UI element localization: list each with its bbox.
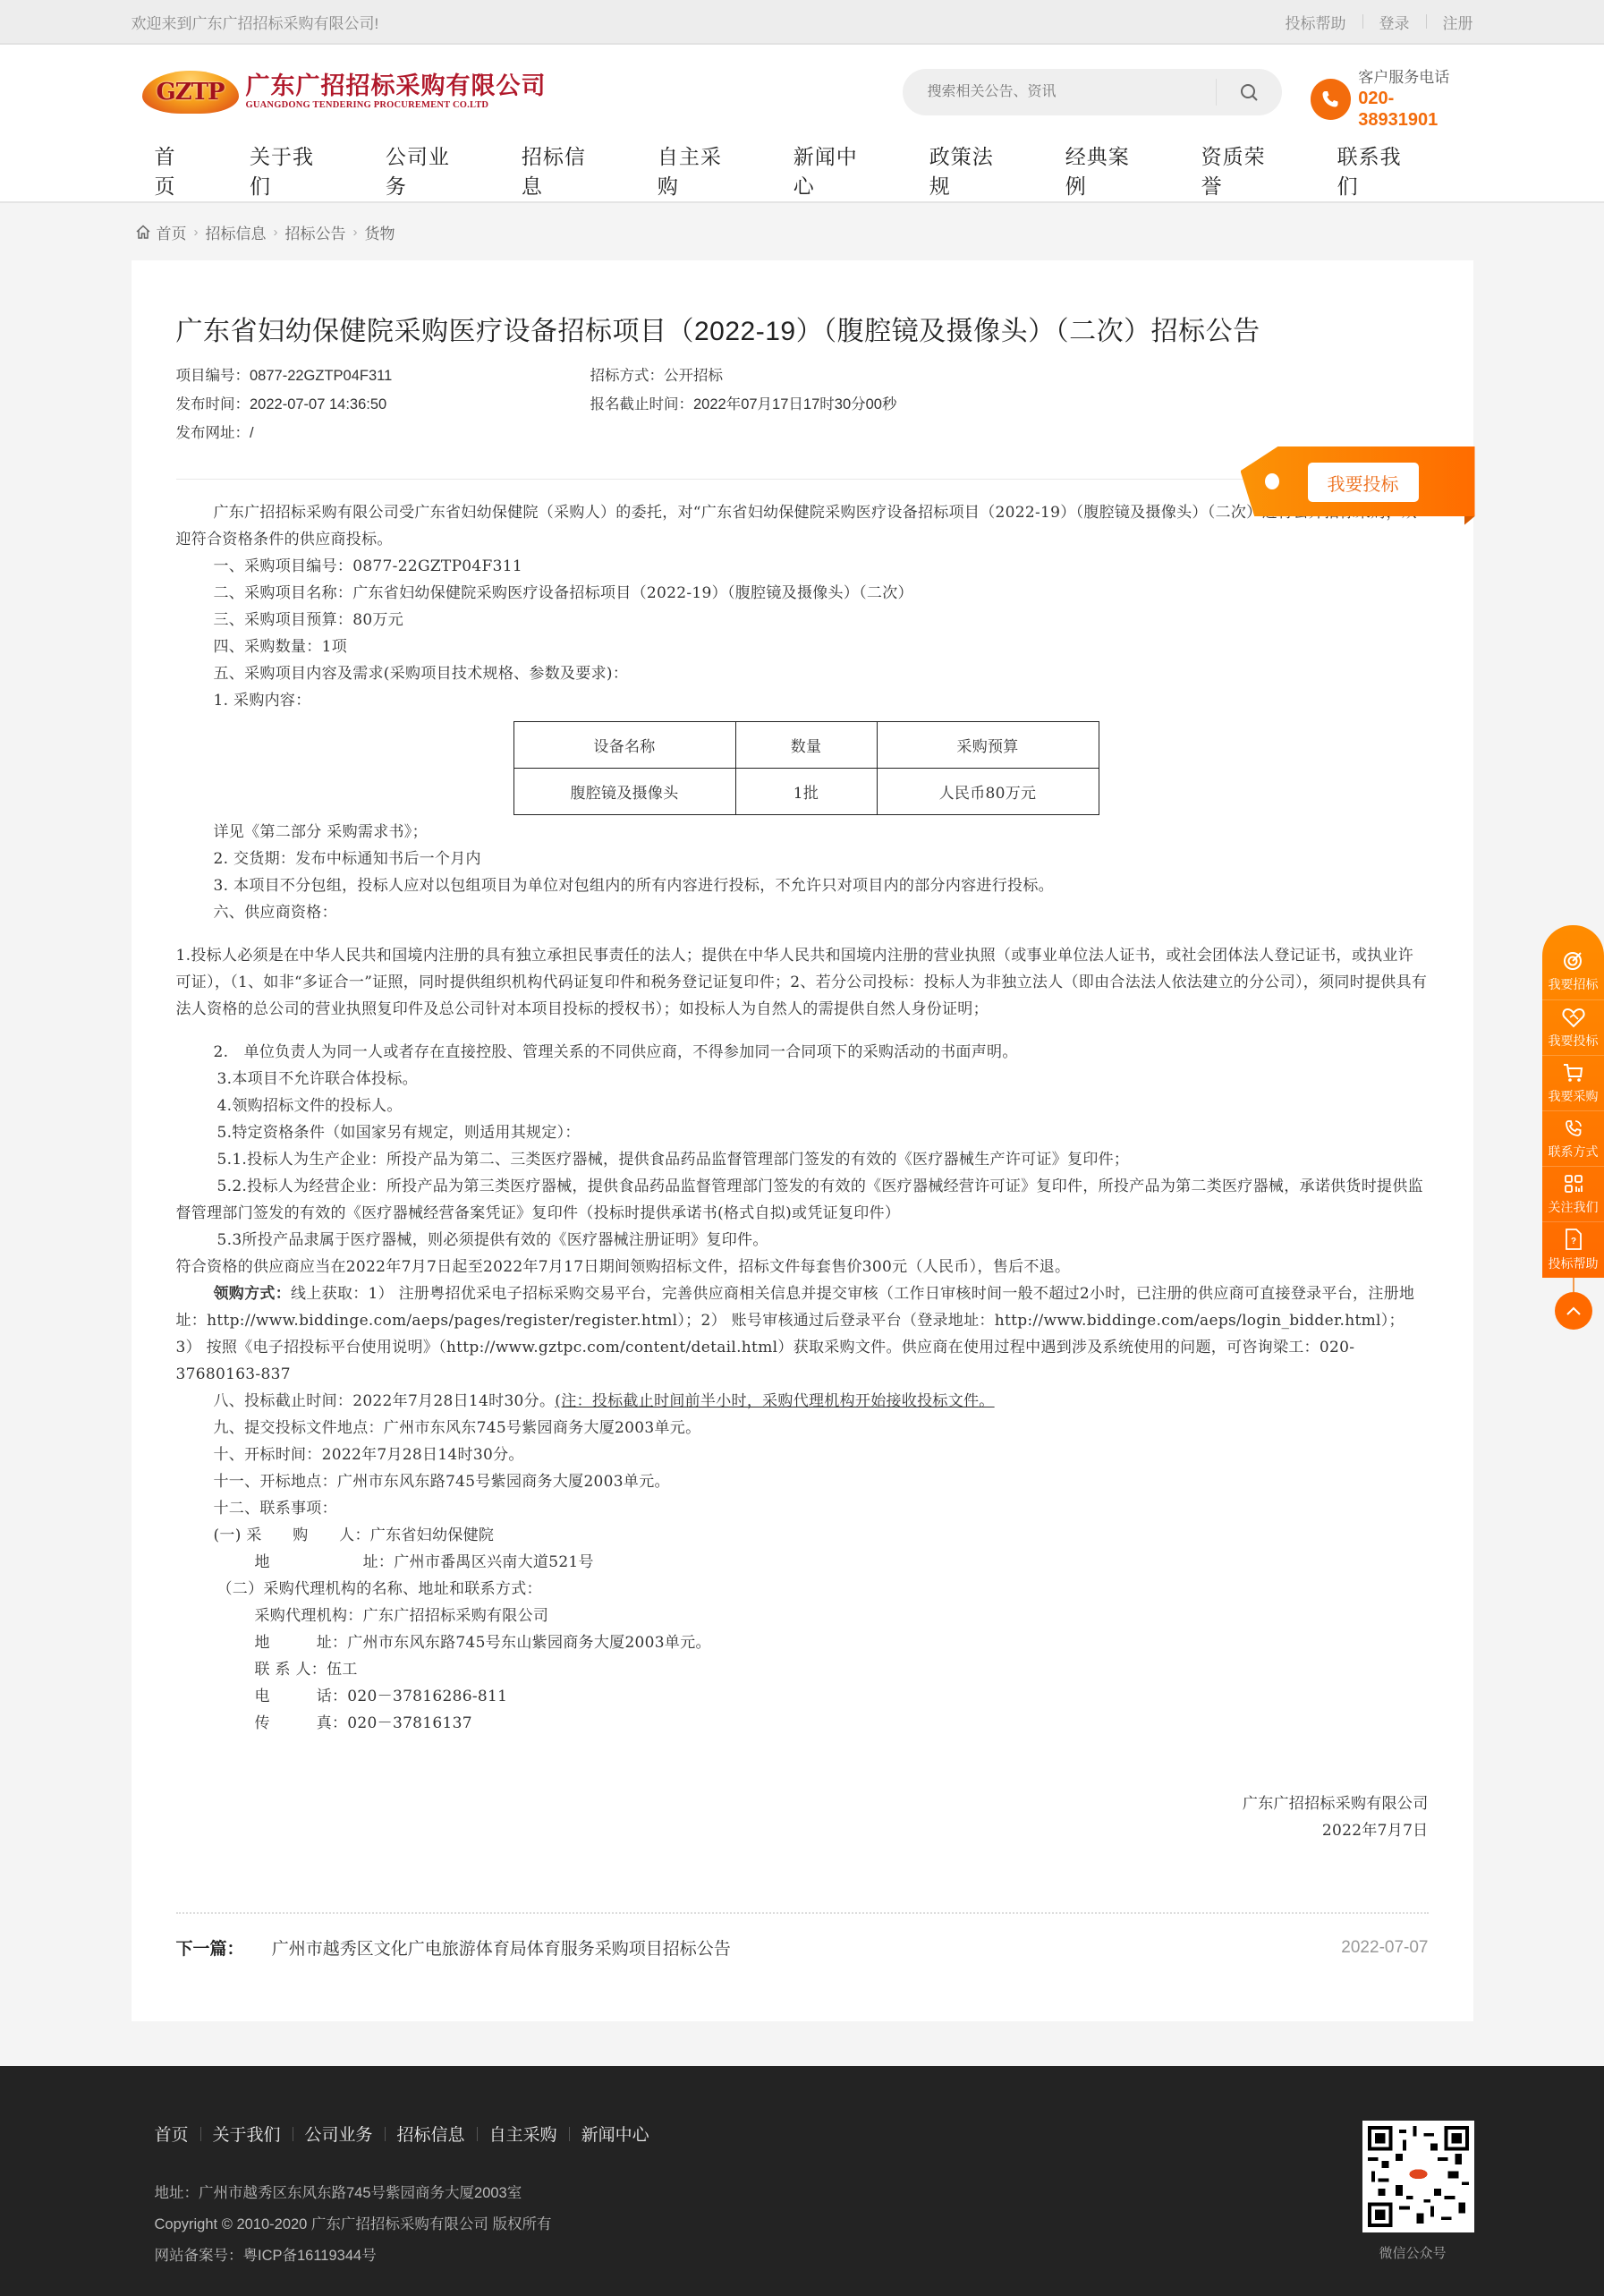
obtain-label: 领购方式： [214, 1285, 292, 1303]
table-header: 数量 [735, 722, 877, 769]
table-header: 采购预算 [877, 722, 1099, 769]
deadline-note: (注：投标截止时间前半小时，采购代理机构开始接收投标文件。 [555, 1392, 994, 1410]
agency-contact: 联 系 人：伍工 [176, 1656, 1429, 1683]
side-item-follow[interactable]: 关注我们 [1542, 1167, 1604, 1222]
breadcrumb-tender-info[interactable]: 招标信息 [206, 221, 267, 243]
footer-nav-about[interactable]: 关于我们 [213, 2122, 281, 2146]
divider [477, 2127, 478, 2141]
section-item: 五、采购项目内容及需求(采购项目技术规格、参数及要求)： [176, 660, 1429, 687]
breadcrumb-tender-notice[interactable]: 招标公告 [285, 221, 346, 243]
section-item: 1. 采购内容： [176, 687, 1429, 714]
side-item-label: 我要采购 [1549, 1087, 1599, 1105]
section-item: 二、采购项目名称：广东省妇幼保健院采购医疗设备招标项目（2022-19）（腹腔镜… [176, 580, 1429, 607]
table-cell: 1批 [735, 769, 877, 815]
agency-address: 地 址：广州市东风东路745号东山紫园商务大厦2003单元。 [176, 1629, 1429, 1656]
target-icon [1562, 948, 1585, 972]
wechat-qrcode [1362, 2121, 1474, 2232]
footer-address: 地址：广州市越秀区东风东路745号紫园商务大厦2003室 [155, 2178, 552, 2209]
publish-time: 发布时间：2022-07-07 14:36:50 [176, 393, 590, 416]
section-item: 详见《第二部分 采购需求书》； [176, 819, 1429, 846]
article-meta: 项目编号：0877-22GZTP04F311 招标方式：公开招标 发布时间：20… [176, 364, 1429, 445]
divider [293, 2127, 293, 2141]
qrcode-image [1368, 2126, 1469, 2227]
page-title: 广东省妇幼保健院采购医疗设备招标项目（2022-19）（腹腔镜及摄像头）（二次）… [176, 309, 1429, 348]
divider [569, 2127, 570, 2141]
search-icon [1239, 82, 1259, 102]
qrcode-label: 微信公众号 [1379, 2243, 1447, 2262]
section-item: 十二、联系事项： [176, 1495, 1429, 1522]
nav-honors[interactable]: 资质荣誉 [1201, 140, 1283, 200]
deadline-text: 八、投标截止时间：2022年7月28日14时30分。 [214, 1392, 556, 1410]
project-number: 项目编号：0877-22GZTP04F311 [176, 364, 590, 387]
side-item-bid[interactable]: 我要投标 [1542, 1000, 1604, 1056]
section-item: 一、采购项目编号：0877-22GZTP04F311 [176, 553, 1429, 580]
chevron-right-icon: › [194, 225, 199, 240]
phone-call-icon [1563, 1118, 1584, 1139]
breadcrumb-goods[interactable]: 货物 [365, 221, 395, 243]
next-article-link[interactable]: 广州市越秀区文化广电旅游体育局体育服务采购项目招标公告 [272, 1940, 731, 1959]
divider [176, 1912, 1429, 1914]
hotline-label: 客户服务电话 [1358, 68, 1472, 88]
tag-hole-icon [1265, 473, 1279, 489]
phone-icon [1311, 79, 1352, 120]
logo-en-name: GUANGDONG TENDERING PROCUREMENT CO.LTD [246, 100, 547, 110]
section-item: 十、开标时间：2022年7月28日14时30分。 [176, 1441, 1429, 1468]
top-links: 投标帮助 登录 注册 [1286, 11, 1473, 33]
svg-text:?: ? [1570, 1237, 1575, 1246]
buyer-address: 地 址：广州市番禺区兴南大道521号 [176, 1549, 1429, 1576]
side-item-label: 我要招标 [1549, 975, 1599, 993]
qualification-5-3: 5.3所投产品隶属于医疗器械，则必须提供有效的《医疗器械注册证明》复印件。 [176, 1227, 1429, 1254]
chevron-right-icon: › [274, 225, 278, 240]
chevron-right-icon: › [353, 225, 358, 240]
next-article-date: 2022-07-07 [1341, 1938, 1428, 1958]
help-document-icon: ? [1564, 1228, 1583, 1251]
tender-method: 招标方式：公开招标 [590, 364, 1038, 387]
search-input[interactable] [903, 84, 1216, 100]
table-cell: 人民币80万元 [877, 769, 1099, 815]
search-button[interactable] [1217, 69, 1281, 115]
section-item: 六、供应商资格： [176, 899, 1429, 926]
agency-phone: 电 话：020－37816286-811 [176, 1683, 1429, 1710]
nav-business[interactable]: 公司业务 [386, 140, 467, 200]
signature-company: 广东广招招标采购有限公司 [176, 1790, 1429, 1817]
qualification-item: 5.1.投标人为生产企业：所投产品为第二、三类医疗器械，提供食品药品监督管理部门… [176, 1146, 1429, 1173]
nav-news[interactable]: 新闻中心 [794, 140, 875, 200]
footer: 首页 关于我们 公司业务 招标信息 自主采购 新闻中心 地址：广州市越秀区东风东… [0, 2066, 1604, 2296]
handshake-heart-icon [1562, 1007, 1585, 1028]
side-float-menu: 我要招标 我要投标 我要采购 联系方式 关注我们 ? 投标帮助 [1542, 925, 1604, 1330]
qualification-item: 4.领购招标文件的投标人。 [176, 1093, 1429, 1119]
breadcrumb-home[interactable]: 首页 [157, 221, 187, 243]
header: GZTP 广东广招招标采购有限公司 GUANGDONG TENDERING PR… [0, 45, 1604, 203]
qualification-2: 2. 单位负责人为同一人或者存在直接控股、管理关系的不同供应商，不得参加同一合同… [176, 1039, 1429, 1066]
search-box [903, 69, 1282, 115]
document-sale: 符合资格的供应商应当在2022年7月7日起至2022年7月17日期间领购招标文件… [176, 1254, 1429, 1280]
footer-icp: 网站备案号：粤ICP备16119344号 [155, 2241, 552, 2272]
table-cell: 腹腔镜及摄像头 [513, 769, 735, 815]
agency-fax: 传 真：020－37816137 [176, 1710, 1429, 1737]
nav-tender-info[interactable]: 招标信息 [522, 140, 603, 200]
nav-home[interactable]: 首页 [155, 140, 195, 200]
qrcode-icon [1563, 1173, 1584, 1195]
bid-button[interactable]: 我要投标 [1308, 463, 1419, 502]
footer-copyright: Copyright © 2010-2020 广东广招招标采购有限公司 版权所有 [155, 2209, 552, 2241]
divider [200, 2127, 201, 2141]
side-item-label: 投标帮助 [1549, 1254, 1599, 1272]
registration-deadline: 报名截止时间：2022年07月17日17时30分00秒 [590, 393, 1038, 416]
section-item: 三、采购项目预算：80万元 [176, 607, 1429, 634]
logo[interactable]: GZTP 广东广招招标采购有限公司 GUANGDONG TENDERING PR… [142, 71, 547, 114]
section-item: 九、提交投标文件地点：广州市东风东745号紫园商务大厦2003单元。 [176, 1415, 1429, 1441]
divider [1362, 14, 1363, 29]
login-link[interactable]: 登录 [1379, 11, 1410, 33]
divider [385, 2127, 386, 2141]
next-article: 下一篇： 广州市越秀区文化广电旅游体育局体育服务采购项目招标公告 2022-07… [176, 1935, 1429, 1960]
hotline-number: 020-38931901 [1358, 88, 1472, 131]
buyer: (一) 采 购 人：广东省妇幼保健院 [176, 1522, 1429, 1549]
back-to-top-button[interactable] [1555, 1292, 1592, 1330]
divider [1426, 14, 1427, 29]
nav-contact[interactable]: 联系我们 [1337, 140, 1419, 200]
main-nav: 首页 关于我们 公司业务 招标信息 自主采购 新闻中心 政策法规 经典案例 资质… [132, 139, 1473, 201]
chevron-up-icon [1566, 1305, 1582, 1316]
footer-nav-business[interactable]: 公司业务 [305, 2122, 373, 2146]
table-header: 设备名称 [513, 722, 735, 769]
table-header-row: 设备名称 数量 采购预算 [513, 722, 1099, 769]
side-item-contact[interactable]: 联系方式 [1542, 1111, 1604, 1167]
qualification-item: 3.本项目不允许联合体投标。 [176, 1066, 1429, 1093]
divider [176, 479, 1429, 480]
top-bar: 欢迎来到广东广招招标采购有限公司! 投标帮助 登录 注册 [0, 0, 1604, 45]
obtain-method: 领购方式：线上获取：1） 注册粤招优采电子招标采购交易平台，完善供应商相关信息并… [176, 1280, 1429, 1388]
procurement-table: 设备名称 数量 采购预算 腹腔镜及摄像头 1批 人民币80万元 [513, 721, 1099, 815]
breadcrumb: 首页 › 招标信息 › 招标公告 › 货物 [132, 203, 1473, 260]
article: 广东省妇幼保健院采购医疗设备招标项目（2022-19）（腹腔镜及摄像头）（二次）… [132, 260, 1473, 2021]
tag-fold [1464, 516, 1475, 525]
qualification-1: 1.投标人必须是在中华人民共和国境内注册的具有独立承担民事责任的法人；提供在中华… [176, 942, 1429, 1023]
article-body: 广东广招招标采购有限公司受广东省妇幼保健院（采购人）的委托，对“广东省妇幼保健院… [176, 499, 1429, 1844]
register-link[interactable]: 注册 [1443, 11, 1473, 33]
nav-self-procurement[interactable]: 自主采购 [658, 140, 739, 200]
logo-abbr: GZTP [156, 79, 224, 106]
publish-url: 发布网址：/ [176, 421, 590, 445]
logo-cn-name: 广东广招招标采购有限公司 [246, 73, 547, 100]
agency-name: 采购代理机构：广东广招招标采购有限公司 [176, 1603, 1429, 1629]
nav-cases[interactable]: 经典案例 [1065, 140, 1147, 200]
side-item-purchase[interactable]: 我要采购 [1542, 1056, 1604, 1111]
agency-heading: （二）采购代理机构的名称、地址和联系方式： [176, 1576, 1429, 1603]
hotline: 客户服务电话 020-38931901 [1311, 68, 1473, 131]
footer-nav-home[interactable]: 首页 [155, 2122, 189, 2146]
welcome-text: 欢迎来到广东广招招标采购有限公司! [132, 11, 379, 33]
footer-nav: 首页 关于我们 公司业务 招标信息 自主采购 新闻中心 [155, 2122, 649, 2146]
side-item-label: 关注我们 [1549, 1198, 1599, 1216]
table-row: 腹腔镜及摄像头 1批 人民币80万元 [513, 769, 1099, 815]
logo-badge: GZTP [142, 71, 239, 114]
footer-nav-news[interactable]: 新闻中心 [581, 2122, 649, 2146]
bid-tag: 我要投标 [1241, 446, 1475, 516]
side-item-help[interactable]: ? 投标帮助 [1542, 1222, 1604, 1278]
signature-date: 2022年7月7日 [176, 1817, 1429, 1844]
cart-icon [1562, 1062, 1585, 1084]
obtain-text: 线上获取：1） 注册粤招优采电子招标采购交易平台，完善供应商相关信息并提交审核（… [176, 1285, 1415, 1383]
home-icon [135, 224, 151, 240]
next-label: 下一篇： [176, 1940, 244, 1959]
bid-deadline: 八、投标截止时间：2022年7月28日14时30分。(注：投标截止时间前半小时，… [176, 1388, 1429, 1415]
footer-nav-tender-info[interactable]: 招标信息 [397, 2122, 465, 2146]
signature: 广东广招招标采购有限公司 2022年7月7日 [176, 1790, 1429, 1844]
qualification-5-2: 5.2.投标人为经营企业：所投产品为第三类医疗器械，提供食品药品监督管理部门签发… [176, 1173, 1429, 1227]
section-item: 四、采购数量：1项 [176, 634, 1429, 660]
qualification-item: 5.特定资格条件（如国家另有规定，则适用其规定）： [176, 1119, 1429, 1146]
section-item: 十一、开标地点：广州市东风东路745号紫园商务大厦2003单元。 [176, 1468, 1429, 1495]
footer-info: 地址：广州市越秀区东风东路745号紫园商务大厦2003室 Copyright ©… [155, 2178, 552, 2272]
nav-policy[interactable]: 政策法规 [929, 140, 1011, 200]
section-item: 2. 交货期：发布中标通知书后一个月内 [176, 846, 1429, 872]
divider [1573, 1278, 1574, 1292]
section-item: 3. 本项目不分包组，投标人应对以包组项目为单位对包组内的所有内容进行投标，不允… [176, 872, 1429, 899]
side-item-tender[interactable]: 我要招标 [1542, 925, 1604, 1000]
side-item-label: 我要投标 [1549, 1032, 1599, 1050]
nav-about[interactable]: 关于我们 [250, 140, 331, 200]
intro-paragraph: 广东广招招标采购有限公司受广东省妇幼保健院（采购人）的委托，对“广东省妇幼保健院… [176, 499, 1429, 553]
help-link[interactable]: 投标帮助 [1286, 11, 1346, 33]
side-item-label: 联系方式 [1549, 1143, 1599, 1161]
footer-nav-self-procurement[interactable]: 自主采购 [489, 2122, 557, 2146]
